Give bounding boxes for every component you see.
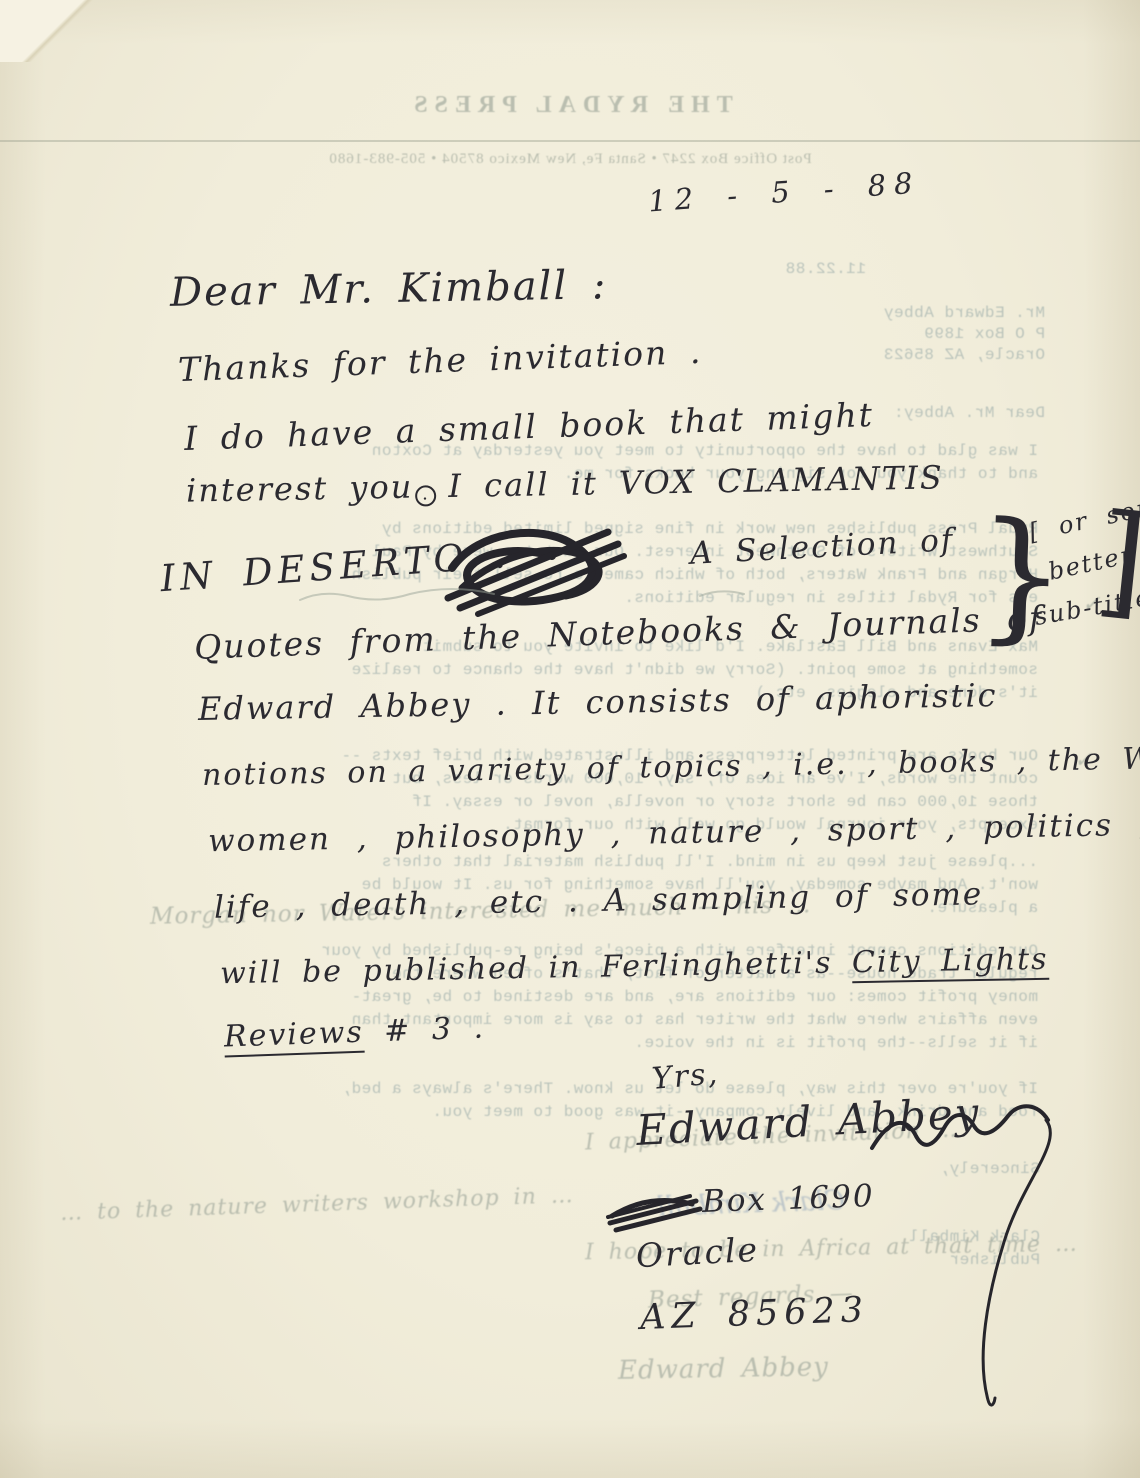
reviews-number: # 3 . [363,1010,486,1049]
letterhead-address-ghost: Post Office Box 2247 • Santa Fe, New Mex… [0,151,1140,168]
reviews-underlined: Reviews [223,1015,364,1058]
pencil-note-ghost-6: Edward Abbey [618,1352,829,1386]
address-box-line: Box 1690 [701,1179,875,1221]
letterhead-press-name-ghost: THE RYDAL PRESS [0,92,1140,119]
city-lights-underlined: City Lights [852,942,1049,983]
body-line-2-text: interest you [186,468,414,510]
typed-date-ghost: 11.22.88 [756,258,866,281]
address-zip-line: AZ 85623 [639,1290,869,1338]
letter-scan-page: THE RYDAL PRESS Post Office Box 2247 • S… [0,0,1140,1478]
corner-fold [0,0,96,62]
typed-salutation-ghost: Dear Mr. Abbey: [845,402,1045,425]
circled-period: . [415,485,436,506]
closing-line: Yrs, [651,1057,721,1097]
letterhead-rule [0,140,1140,142]
salutation-line: Dear Mr. Kimball : [170,262,608,316]
address-city-line: Oracle [635,1231,760,1275]
handwritten-date: 12 - 5 - 88 [647,167,921,219]
pencil-note-ghost-3: … to the nature writers workshop in … [60,1183,574,1226]
book-title-intro: I call it VOX CLAMANTIS [448,458,944,505]
typed-recipient-ghost: Mr. Edward Abbey P O Box 1899 Oracle, AZ… [820,303,1045,366]
thanks-line: Thanks for the invitation . [177,333,702,389]
